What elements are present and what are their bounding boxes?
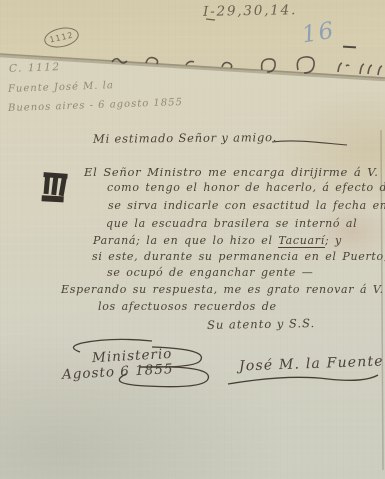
letter-body-line: se ocupó de enganchar gente — <box>107 266 313 279</box>
ink-stamp-monogram <box>38 169 72 206</box>
oval-stamp-number: 1112 <box>49 31 75 45</box>
letter-salutation: Mi estimado Señor y amigo. <box>93 130 277 146</box>
letter-body-line: Esperando su respuesta, me es grato reno… <box>61 283 384 296</box>
letter-body-line: se sirva indicarle con esactitud la fech… <box>108 199 385 212</box>
letter-body-line: como tengo el honor de hacerlo, á efecto… <box>107 181 385 194</box>
letter-closing: Su atento y S.S. <box>207 316 315 332</box>
blue-folio-number: 16 <box>300 18 337 49</box>
archival-reference: I-29,30,14. <box>203 2 297 20</box>
letter-body-line: El Señor Ministro me encarga dirijirme á… <box>84 165 379 179</box>
pencil-catalog-number: C. 1112 <box>9 61 61 75</box>
letter-body-line: si este, durante su permanencia en el Pu… <box>92 250 385 263</box>
letter-body-line-tacuari: Paraná; la en que lo hizo el Tacuarí; y <box>93 234 342 247</box>
scanned-letter-page: I-29,30,14. 16 1112 C. 1112 Fuente José … <box>0 0 385 479</box>
tacuari-line-suffix: ; y <box>325 234 342 247</box>
tacuari-line-prefix: Paraná; la en que lo hizo el <box>93 234 278 247</box>
letter-body-line: los afectuosos recuerdos de <box>98 300 277 313</box>
letter-body-line: que la escuadra brasilera se internó al <box>106 217 357 230</box>
tacuari-underlined-term: Tacuarí <box>278 234 325 248</box>
